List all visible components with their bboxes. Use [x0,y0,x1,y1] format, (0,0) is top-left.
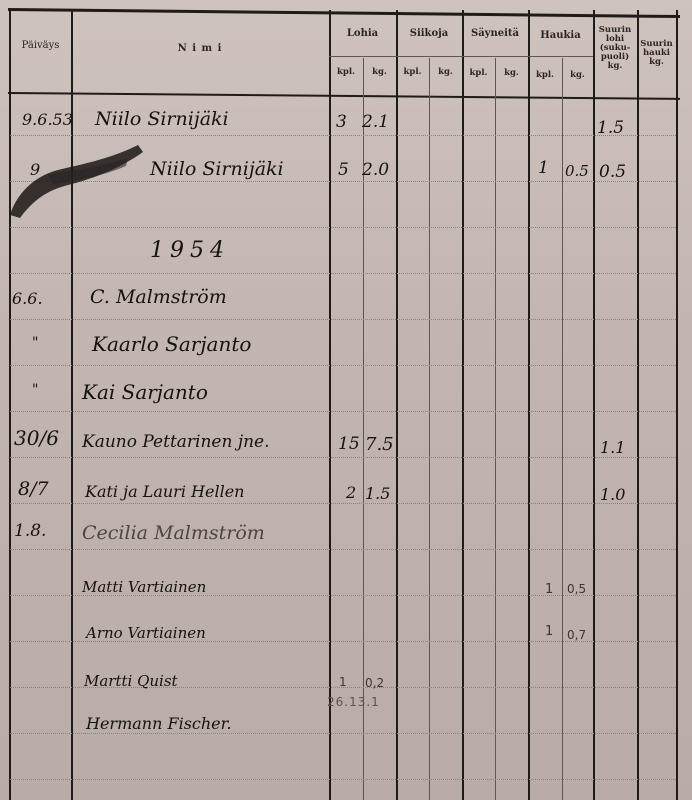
header-line: kg. [637,58,676,67]
lohia-kpl: 15 [338,434,360,454]
lohia-kg: 7.5 [365,434,394,455]
row-name: Martti Quist [84,672,178,690]
haukia-kg: 0,7 [567,628,586,642]
column-rule [396,10,398,800]
column-rule [329,10,331,800]
lohia-kg: 0,2 [365,676,384,690]
row-name: Matti Vartiainen [82,578,206,596]
haukia-kpl: 1 [545,624,553,639]
row-name: Hermann Fischer. [86,714,232,733]
ruled-line [10,503,676,504]
row-date: 30/6 [14,426,59,450]
row-date: 9.6.53 [22,110,73,129]
row-name: Kati ja Lauri Hellen [85,482,244,501]
haukia-kg: 0.5 [565,162,589,180]
haukia-kpl: 1 [545,582,553,597]
header-biggest-pike: Suurin hauki kg. [637,40,676,67]
total-note: 26.13.1 [327,695,380,709]
header-haukia: Haukia [528,30,593,41]
lohia-kpl: 1 [339,675,347,689]
subheader-rule [329,56,593,57]
sub-kpl: kpl. [396,68,429,77]
row-name: Kauno Pettarinen jne. [82,432,270,452]
lohia-kg: 2.1 [362,112,389,132]
row-name: Kaarlo Sarjanto [92,332,251,356]
row-date: 6.6. [12,289,43,308]
lohia-kg: 2.0 [362,160,389,180]
biggest-salmon: 1.0 [600,485,625,504]
biggest-salmon: 0.5 [599,162,626,182]
ledger-page: Päiväys N i m i Lohia Siikoja Säyneitä H… [0,0,692,800]
row-name: Cecilia Malmström [82,522,265,544]
column-rule [9,10,11,800]
sub-kpl: kpl. [462,69,495,78]
row-date: 8/7 [18,478,49,500]
row-date: 9 [30,160,40,179]
sub-kg: kg. [429,68,462,77]
row-date: " [32,382,38,398]
row-name: Arno Vartiainen [86,624,206,642]
header-siikoja: Siikoja [396,28,462,39]
row-name: C. Malmström [90,286,227,308]
ink-smear [8,140,148,220]
row-name: Niilo Sirnijäki [150,158,284,180]
column-rule [676,10,678,800]
row-date: " [32,335,38,351]
biggest-salmon: 1.5 [597,118,624,138]
header-bottom-border [8,92,680,100]
haukia-kpl: 1 [538,158,549,178]
sub-kg: kg. [495,69,528,78]
ruled-line [10,411,676,412]
lohia-kpl: 3 [336,112,347,132]
header-lohia: Lohia [329,28,396,39]
row-name: Niilo Sirnijäki [95,108,229,130]
ruled-line [10,549,676,550]
column-rule [528,10,530,800]
sub-kpl: kpl. [528,71,562,80]
row-date: 1.8. [14,521,46,541]
sub-kpl: kpl. [329,68,363,77]
column-rule [637,10,639,800]
column-rule [495,58,496,800]
biggest-salmon: 1.1 [600,438,625,457]
column-rule [562,58,563,800]
ruled-line [10,135,676,136]
header-name: N i m i [71,43,329,54]
sub-kg: kg. [363,68,396,77]
ruled-line [10,273,676,274]
sub-kg: kg. [562,71,593,80]
column-rule [429,58,430,800]
ruled-line [10,227,676,228]
header-line: kg. [593,62,637,71]
year-heading: 1954 [150,238,230,263]
header-biggest-salmon: Suurin lohi (suku- puoli) kg. [593,26,637,71]
ruled-line [10,733,676,734]
ruled-line [10,319,676,320]
ruled-line [10,779,676,780]
column-rule [462,10,464,800]
row-name: Kai Sarjanto [82,380,208,404]
ruled-line [10,457,676,458]
ruled-line [10,365,676,366]
top-border [8,8,680,18]
column-rule [593,10,595,800]
lohia-kpl: 5 [338,160,349,180]
header-date: Päiväys [10,40,71,51]
header-sayneita: Säyneitä [462,28,528,39]
lohia-kpl: 2 [346,483,356,502]
lohia-kg: 1.5 [365,484,390,503]
haukia-kg: 0,5 [567,582,586,596]
